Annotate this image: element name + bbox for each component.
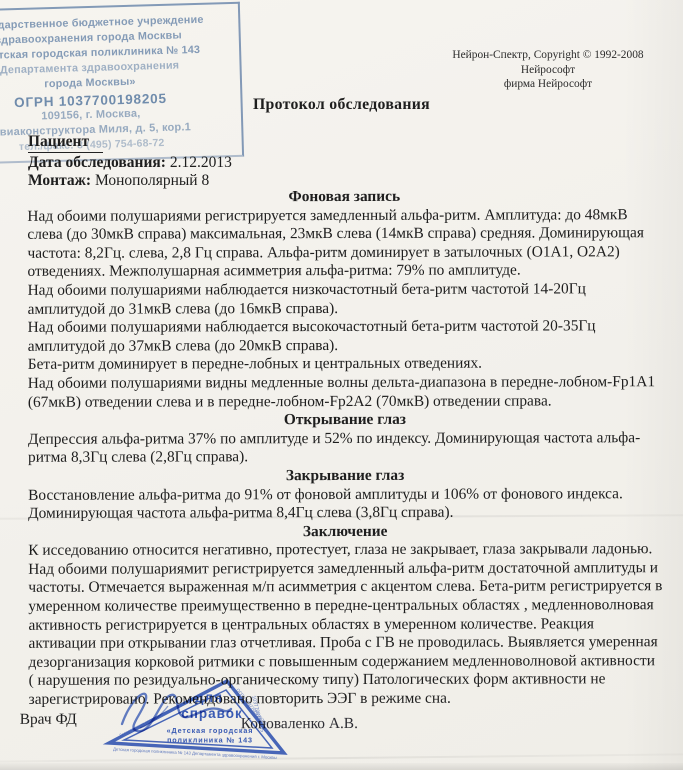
section-paragraph: Над обоими полушариями наблюдается высок… [28, 317, 662, 356]
stamp-clinic-line-1: «Детская городская [167, 726, 254, 735]
report-body: Фоновая запись Над обоими полушариями ре… [27, 187, 662, 732]
section-heading-eyes-open: Открывание глаз [28, 410, 662, 430]
exam-date-row: Дата обследования: 2.12.2013 [28, 154, 232, 173]
page-title: Протокол обследования [0, 96, 683, 114]
scan-bottom-shadow [0, 763, 683, 770]
section-heading-conclusion: Заключение [28, 522, 662, 542]
section-paragraph: Над обоими полушариями видны медленные в… [28, 373, 662, 412]
clinic-triangle-stamp: для справок «Детская городская поликлини… [100, 676, 300, 764]
section-paragraph: Депрессия альфа-ритма 37% по амплитуде и… [28, 429, 662, 468]
section-paragraph: Бета-ритм доминирует в передне-лобных и … [28, 355, 662, 375]
exam-date-label: Дата обследования: [28, 154, 166, 171]
montage-value: Монополярный 8 [95, 172, 209, 189]
section-heading-eyes-closed: Закрывание глаз [28, 466, 662, 486]
exam-date-value: 2.12.2013 [170, 154, 232, 171]
section-heading-background: Фоновая запись [27, 187, 661, 207]
stamp-clinic-line-2: поликлиника № 143 [167, 736, 253, 745]
scan-edge-shadow [623, 0, 683, 770]
scanned-document-page: Государственное бюджетное учреждение здр… [0, 0, 683, 770]
section-paragraph: Над обоими полушариями регистрируется за… [27, 206, 661, 282]
stamp-word-spravok: справок [181, 706, 243, 721]
section-paragraph: Над обоими полушариями наблюдается низко… [28, 280, 662, 319]
patient-block: Пациент Дата обследования: 2.12.2013 Мон… [28, 133, 232, 191]
doctor-label: Врач ФД [20, 710, 77, 729]
patient-heading: Пациент [28, 133, 103, 153]
montage-label: Монтаж: [28, 172, 91, 189]
